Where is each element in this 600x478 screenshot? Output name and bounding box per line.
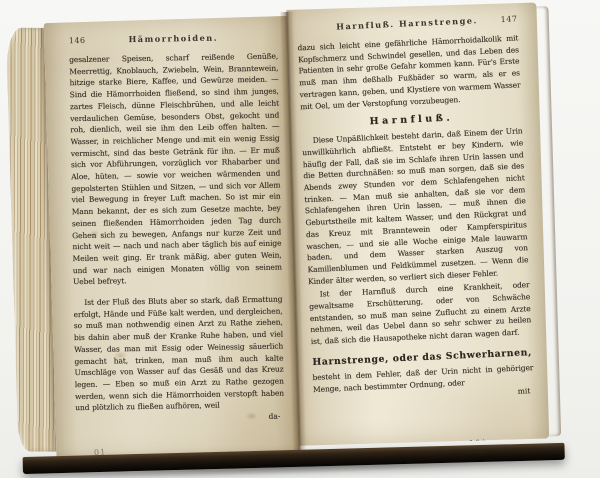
left-page-content: 146 Hämorrhoiden. gesalzener Speisen, sc…: [46, 17, 297, 461]
paragraph: Diese Unpäßlichkeit besteht darin, daß E…: [302, 126, 530, 288]
left-running-title: Hämorrhoiden.: [95, 32, 252, 45]
right-page-number: 147: [491, 14, 517, 24]
right-page-wrap: Harnfluß. Harnstrenge. 147 dazu sich lei…: [286, 3, 549, 454]
left-page: 146 Hämorrhoiden. gesalzener Speisen, sc…: [44, 16, 300, 461]
left-running-header: 146 Hämorrhoiden.: [69, 32, 278, 46]
right-page: Harnfluß. Harnstrenge. 147 dazu sich lei…: [286, 3, 549, 446]
paragraph: gesalzener Speisen, scharf reißende Genü…: [69, 51, 282, 289]
left-page-number: 146: [69, 36, 95, 45]
left-page-wrap: 146 Hämorrhoiden. gesalzener Speisen, sc…: [44, 10, 300, 461]
paragraph: Ist der Harnfluß durch eine Krankheit, o…: [309, 280, 532, 348]
paragraph: dazu sich leicht eine gefährliche Hämorr…: [297, 32, 521, 112]
open-book: 146 Hämorrhoiden. gesalzener Speisen, sc…: [6, 2, 571, 462]
right-running-title: Harnfluß. Harnstrenge.: [322, 15, 491, 33]
book-photo: 146 Hämorrhoiden. gesalzener Speisen, sc…: [0, 0, 600, 478]
right-running-header: Harnfluß. Harnstrenge. 147: [296, 13, 517, 33]
right-page-content: Harnfluß. Harnstrenge. 147 dazu sich lei…: [286, 3, 549, 446]
paragraph: Ist der Fluß des Bluts aber so stark, da…: [73, 294, 284, 415]
header-spacer: [297, 30, 323, 31]
